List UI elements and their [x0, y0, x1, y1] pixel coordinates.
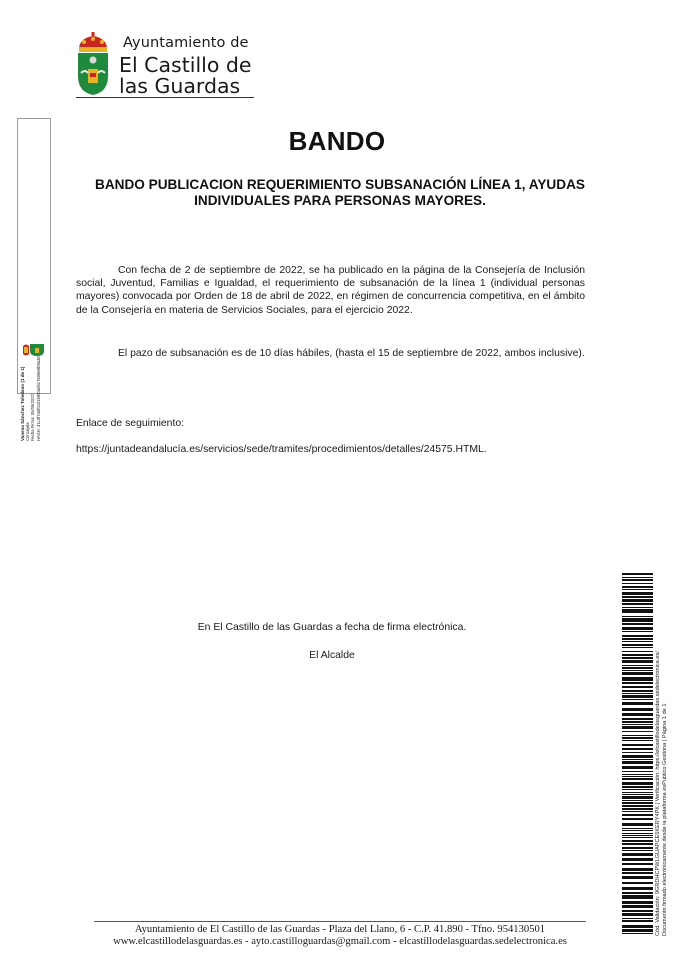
closing-signer: El Alcalde: [0, 650, 664, 661]
verification-barcode: [622, 573, 653, 935]
coat-of-arms-icon: [76, 32, 110, 96]
logo-line-3: las Guardas: [119, 74, 240, 98]
tracking-link-label: Enlace de seguimiento:: [76, 418, 184, 429]
closing-place: En El Castillo de las Guardas a fecha de…: [0, 622, 664, 633]
verification-platform-line: Documento firmado electrónicamente desde…: [662, 566, 669, 936]
paragraph-deadline: El pazo de subsanación es de 10 días háb…: [76, 347, 585, 360]
tracking-link[interactable]: https://juntadeandalucía.es/servicios/se…: [76, 444, 487, 455]
stamp-coat-of-arms-icon: [23, 343, 45, 357]
logo-line-1: Ayuntamiento de: [123, 35, 249, 51]
verification-text: Cód. Validación: 9GRDHCPWLGUAPCE5KERY4PK…: [655, 566, 669, 936]
document-subtitle: BANDO PUBLICACION REQUERIMIENTO SUBSANAC…: [70, 177, 610, 209]
footer-contacts: www.elcastillodelasguardas.es - ayto.cas…: [80, 936, 600, 947]
stamp-hash: HASH: d1c3f7a5f0431b9f0ad517e09e9b9a381: [36, 311, 41, 441]
verification-code-line: Cód. Validación: 9GRDHCPWLGUAPCE5KERY4PK…: [655, 566, 662, 936]
municipality-logo: Ayuntamiento de El Castillo de las Guard…: [74, 30, 256, 98]
document-title: BANDO: [0, 126, 674, 157]
signature-stamp: Vanesa Sánchez Toledano (1 de 1) Conceja…: [17, 118, 51, 394]
footer-divider: [94, 921, 586, 922]
footer-address: Ayuntamiento de El Castillo de las Guard…: [80, 924, 600, 935]
signature-stamp-text: Vanesa Sánchez Toledano (1 de 1) Conceja…: [20, 311, 41, 441]
paragraph-publication: Con fecha de 2 de septiembre de 2022, se…: [76, 264, 585, 317]
logo-underline: [76, 97, 254, 98]
